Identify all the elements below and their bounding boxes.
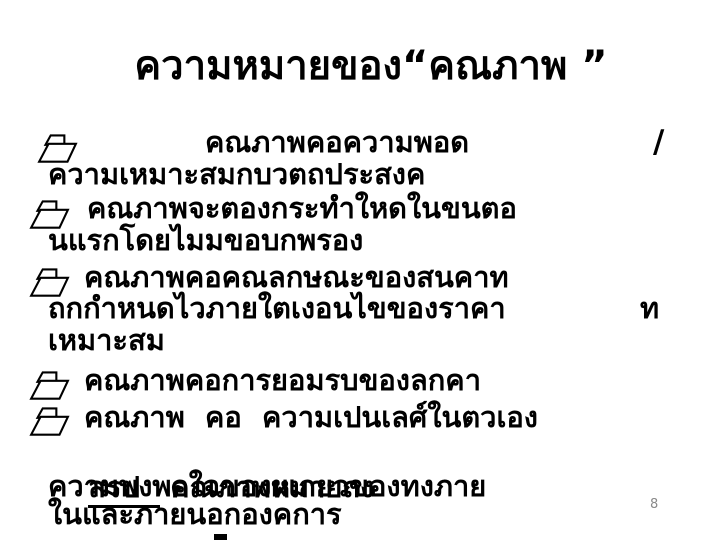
- bullet-3-line-3: เหมาะสม: [48, 324, 165, 357]
- bullet-3-overflow: ท: [640, 292, 659, 325]
- cutoff-text-fragment: [214, 534, 227, 540]
- bullet-1-overflow: /: [653, 125, 664, 161]
- presentation-slide: ความหมายของ“คณภาพ ” คณภาพคอความพอด / ควา…: [0, 0, 720, 540]
- bullet-3-line-1: คณภาพคอคณลกษณะของสนคาท: [84, 261, 509, 294]
- bullet-3-line-2: ถกกำหนดไวภายใตเงอนไขของราคา: [48, 292, 506, 325]
- page-number: 8: [650, 497, 658, 512]
- open-folder-icon: [28, 405, 70, 437]
- bullet-1-line-2: ความเหมาะสมกบวตถประสงค: [48, 158, 425, 191]
- bullet-2-line-1: คณภาพจะตองกระทำใหดในขนตอ: [87, 192, 517, 225]
- bullet-2-line-2: นแรกโดยไมมขอบกพรอง: [48, 224, 363, 257]
- open-folder-icon: [28, 369, 70, 401]
- bullet-1-line-1: คณภาพคอความพอด: [205, 126, 469, 159]
- bullet-5-line-1: คณภาพ คอ ความเปนเลศ์ในตวเอง: [84, 401, 538, 434]
- slide-title: ความหมายของ“คณภาพ ”: [0, 42, 720, 90]
- summary-line-3: ในและภายนอกองคการ: [48, 498, 342, 531]
- bullet-4-line-1: คณภาพคอการยอมรบของลกคา: [84, 364, 481, 397]
